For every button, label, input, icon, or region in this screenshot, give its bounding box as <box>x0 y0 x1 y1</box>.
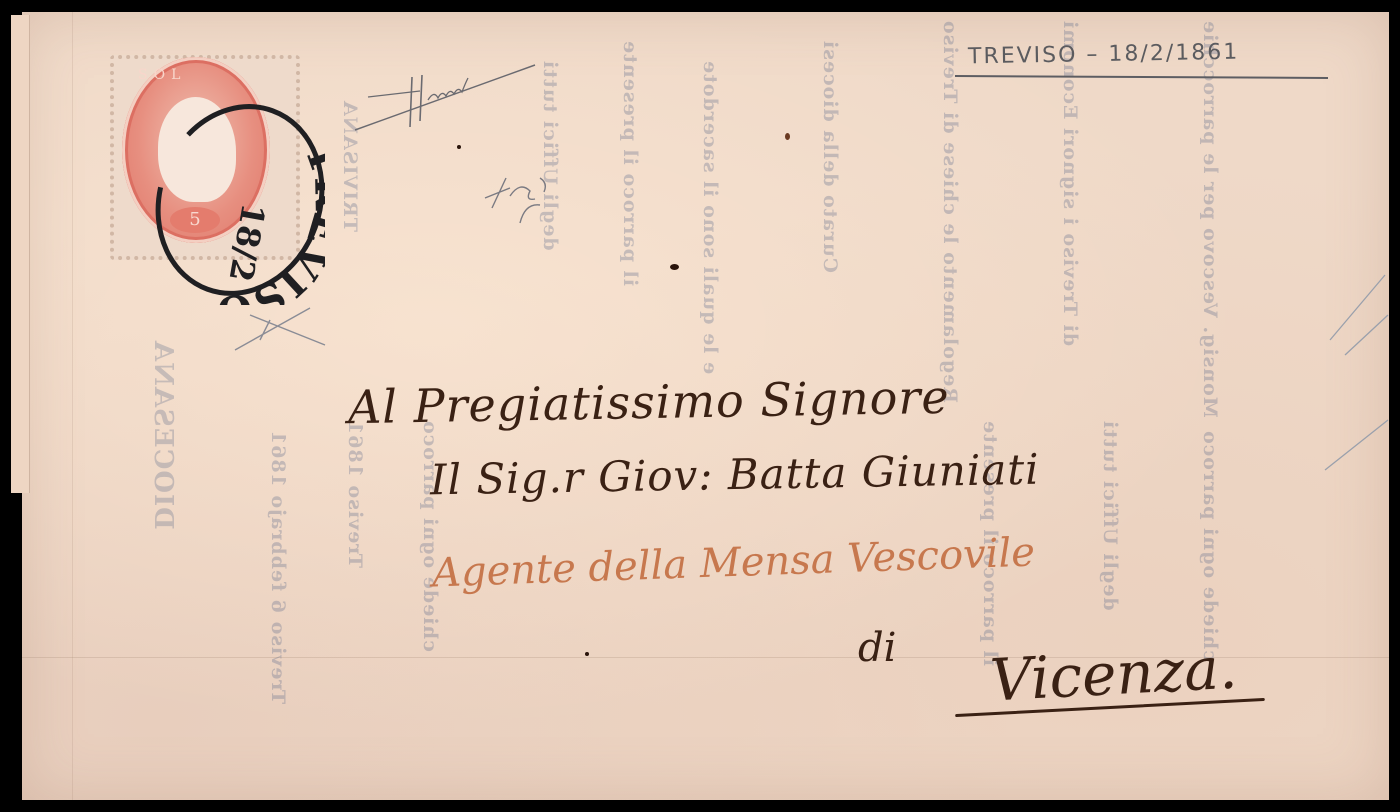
pencil-scribble-icon <box>480 168 555 238</box>
fold-crease <box>72 12 73 800</box>
svg-text:18/2: 18/2 <box>221 201 272 285</box>
postmark-cancel: TREVISO 18/2 <box>125 80 325 305</box>
bleed-through-column: e le quali sono il sacerdote <box>700 60 719 374</box>
pencil-annotation: TREVISO – 18/2/1861 <box>968 40 1240 70</box>
fold-flap <box>11 15 30 493</box>
pencil-cross-mark-icon <box>230 300 340 380</box>
bleed-through-column: di Treviso i signori Economi <box>1060 20 1079 346</box>
circular-datestamp-icon: TREVISO 18/2 <box>125 80 325 305</box>
bleed-through-column: Treviso 1861 <box>345 420 364 568</box>
bleed-through-heading: DIOCESANA <box>150 340 176 530</box>
address-line-salutation: Al Pregiatissimo Signore <box>348 370 950 434</box>
bleed-through-column: il parroco il presente <box>620 40 639 286</box>
bleed-through-column: Monsig. Vescovo per le parrocchie <box>1200 20 1219 418</box>
pencil-slash-marks-icon <box>1320 260 1390 480</box>
bleed-through-date: Treviso 6 febbrajo 1861 <box>268 430 287 704</box>
ink-spot <box>585 652 589 656</box>
bleed-through-column: Regolamento le chiese di Treviso <box>940 20 959 403</box>
bleed-through-column: Curato della diocesi <box>820 40 839 273</box>
ink-spot <box>457 145 461 149</box>
bleed-through-column: degli Uffici tutti <box>1100 420 1119 611</box>
address-line-di: di <box>858 625 896 671</box>
ink-spot <box>670 264 679 270</box>
pencil-signature-icon <box>350 55 540 135</box>
bleed-through-column: chiede ogni parroco <box>1200 430 1219 662</box>
ink-spot <box>785 133 790 140</box>
